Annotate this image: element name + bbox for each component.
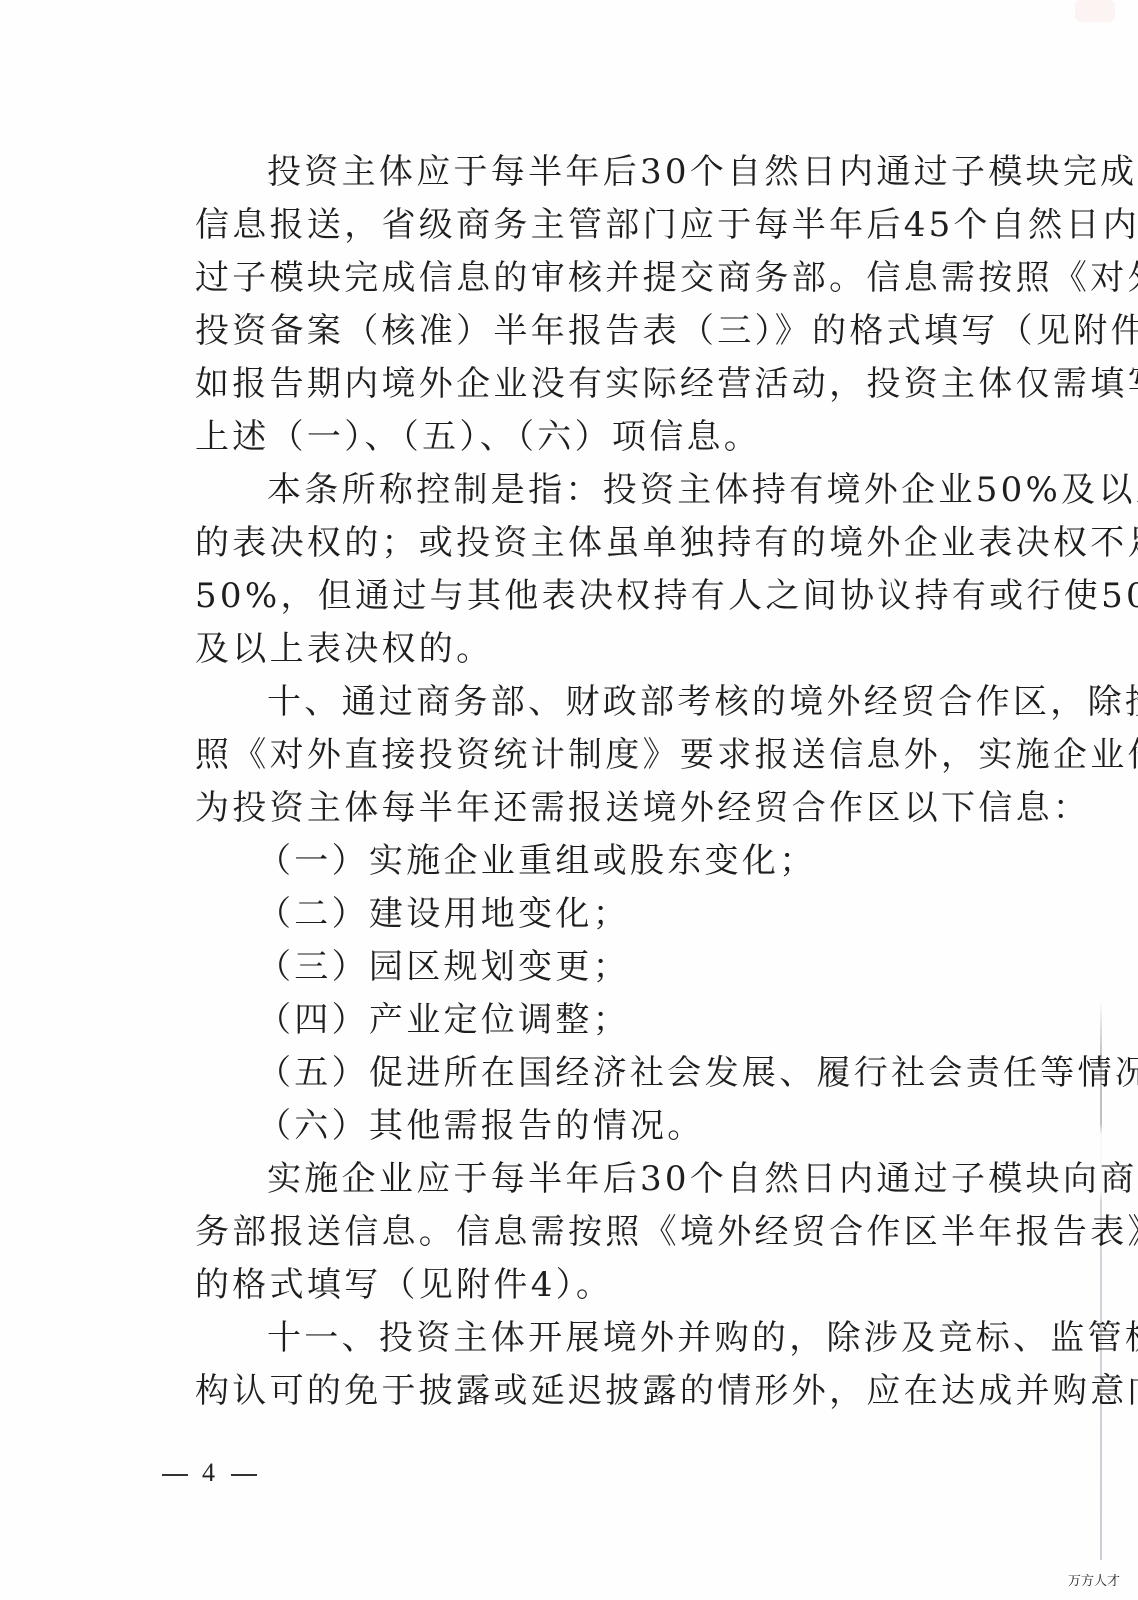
- section-heading-line: 十一、投资主体开展境外并购的，除涉及竞标、监管机: [195, 1318, 965, 1371]
- list-item: （四）产业定位调整；: [195, 1000, 965, 1053]
- paragraph-line: 投资备案（核准）半年报告表（三）》的格式填写（见附件3）。: [195, 311, 965, 364]
- document-body: 投资主体应于每半年后30个自然日内通过子模块完成 信息报送，省级商务主管部门应于…: [195, 152, 965, 1424]
- list-item: （二）建设用地变化；: [195, 894, 965, 947]
- paragraph-line: 信息报送，省级商务主管部门应于每半年后45个自然日内通: [195, 205, 965, 258]
- document-page: 投资主体应于每半年后30个自然日内通过子模块完成 信息报送，省级商务主管部门应于…: [0, 0, 1138, 1600]
- list-item: （三）园区规划变更；: [195, 947, 965, 1000]
- paragraph-line: 如报告期内境外企业没有实际经营活动，投资主体仅需填写: [195, 364, 965, 417]
- paragraph-line: 照《对外直接投资统计制度》要求报送信息外，实施企业作: [195, 735, 965, 788]
- dash-right: [231, 1474, 257, 1476]
- list-item: （一）实施企业重组或股东变化；: [195, 841, 965, 894]
- list-item: （五）促进所在国经济社会发展、履行社会责任等情况；: [195, 1053, 965, 1106]
- scan-artifact: [1075, 0, 1115, 22]
- list-item: （六）其他需报告的情况。: [195, 1106, 965, 1159]
- section-heading-line: 十、通过商务部、财政部考核的境外经贸合作区，除按: [195, 682, 965, 735]
- paragraph-line: 务部报送信息。信息需按照《境外经贸合作区半年报告表》: [195, 1212, 965, 1265]
- dash-left: [162, 1474, 188, 1476]
- paragraph-line: 的格式填写（见附件4）。: [195, 1265, 965, 1318]
- page-number-value: 4: [202, 1458, 217, 1487]
- paragraph-line: 投资主体应于每半年后30个自然日内通过子模块完成: [195, 152, 965, 205]
- paragraph-line: 过子模块完成信息的审核并提交商务部。信息需按照《对外: [195, 258, 965, 311]
- page-number: 4: [148, 1458, 271, 1488]
- paragraph-line: 50%，但通过与其他表决权持有人之间协议持有或行使50%: [195, 576, 965, 629]
- paragraph-line: 本条所称控制是指：投资主体持有境外企业50%及以上: [195, 470, 965, 523]
- paragraph-line: 实施企业应于每半年后30个自然日内通过子模块向商: [195, 1159, 965, 1212]
- paragraph-line: 的表决权的；或投资主体虽单独持有的境外企业表决权不足: [195, 523, 965, 576]
- paragraph-line: 为投资主体每半年还需报送境外经贸合作区以下信息：: [195, 788, 965, 841]
- watermark-label: 万方人才: [1068, 1570, 1120, 1589]
- paragraph-line: 上述（一）、（五）、（六）项信息。: [195, 417, 965, 470]
- paragraph-line: 构认可的免于披露或延迟披露的情形外，应在达成并购意向: [195, 1371, 965, 1424]
- paragraph-line: 及以上表决权的。: [195, 629, 965, 682]
